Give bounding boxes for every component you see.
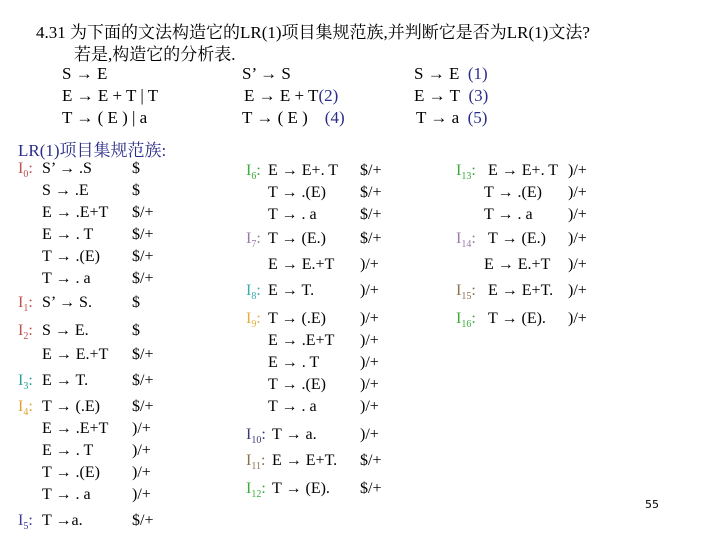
lookahead: $/+	[132, 396, 153, 418]
lookahead: $/+	[360, 160, 381, 182]
lookahead: )/+	[132, 484, 151, 506]
lookahead: )/+	[360, 254, 379, 276]
lr-item-production: T → (E.)	[268, 228, 326, 250]
lr-item-production: T → (.E)	[42, 396, 100, 418]
lr-item-production: E → .E+T	[42, 418, 108, 440]
grammar-original-2: E → E + T | T	[62, 86, 158, 106]
lookahead: )/+	[568, 308, 587, 330]
lr-item-production: S’ → .S	[42, 158, 92, 180]
item-set-label: I13:	[456, 160, 476, 188]
lr-item-production: E → .E+T	[42, 202, 108, 224]
lookahead: )/+	[568, 204, 587, 226]
item-set-label: I6:	[246, 160, 261, 188]
lr-item-production: E → . T	[268, 352, 319, 374]
lr-item-production: T → .(E)	[268, 182, 326, 204]
page-number: 55	[645, 498, 659, 511]
lookahead: )/+	[360, 352, 379, 374]
grammar-numbered-1: S → E (1)	[414, 64, 488, 84]
lookahead: $/+	[132, 224, 153, 246]
production-number: (4)	[325, 108, 345, 127]
lr-item-production: E → E+. T	[488, 160, 558, 182]
lr-item-production: E → E.+T	[268, 254, 334, 276]
lr-item-production: T →a.	[42, 510, 83, 532]
lookahead: )/+	[568, 228, 587, 250]
lr-item-production: T → .(E)	[42, 462, 100, 484]
lookahead: )/+	[360, 374, 379, 396]
lr-item-production: E → E+. T	[268, 160, 338, 182]
lr-item-production: E → .E+T	[268, 330, 334, 352]
lr-item-production: T → . a	[42, 484, 91, 506]
lookahead: )/+	[568, 182, 587, 204]
lookahead: )/+	[132, 462, 151, 484]
grammar-numbered-3: T → a (5)	[416, 108, 487, 128]
lr-item-production: E → E+T.	[488, 280, 553, 302]
lookahead: )/+	[360, 424, 379, 446]
item-set-label: I4:	[18, 396, 33, 424]
grammar-augmented-3: T → ( E ) (4)	[242, 108, 345, 128]
lookahead: )/+	[132, 440, 151, 462]
production-number: (2)	[318, 86, 338, 105]
lookahead: )/+	[360, 330, 379, 352]
lookahead: $/+	[132, 246, 153, 268]
grammar-augmented-1: S’ → S	[242, 64, 291, 84]
grammar-original-3: T → ( E ) | a	[62, 108, 147, 128]
lookahead: $/+	[360, 450, 381, 472]
lookahead: $/+	[132, 202, 153, 224]
lr-item-production: E → T.	[42, 370, 88, 392]
grammar-augmented-2: E → E + T(2)	[244, 86, 338, 106]
lr-item-production: T → .(E)	[268, 374, 326, 396]
item-set-label: I0:	[18, 158, 33, 186]
lookahead: )/+	[132, 418, 151, 440]
item-set-label: I1:	[18, 292, 33, 320]
item-set-label: I16:	[456, 308, 476, 336]
item-set-label: I11:	[246, 450, 265, 478]
lr-item-production: T → (.E)	[268, 308, 326, 330]
lr-item-production: E → T.	[268, 280, 314, 302]
item-set-label: I14:	[456, 228, 476, 256]
item-set-label: I7:	[246, 228, 261, 256]
lr-item-production: T → (E).	[488, 308, 546, 330]
item-set-label: I15:	[456, 280, 476, 308]
lookahead: )/+	[568, 160, 587, 182]
lookahead: $	[132, 180, 140, 202]
lookahead: $/+	[360, 228, 381, 250]
lr-item-production: S → E.	[42, 320, 89, 342]
lr-item-production: E → . T	[42, 224, 93, 246]
lr-item-production: T → a.	[272, 424, 317, 446]
lookahead: )/+	[568, 280, 587, 302]
lr-item-production: T → .(E)	[484, 182, 542, 204]
lr-item-production: S’ → S.	[42, 292, 92, 314]
lookahead: )/+	[360, 280, 379, 302]
problem-title-line2: 若是,构造它的分析表.	[74, 40, 236, 65]
grammar-numbered-2: E → T (3)	[414, 86, 488, 106]
lookahead: $/+	[360, 182, 381, 204]
item-set-label: I2:	[18, 320, 33, 348]
item-set-label: I9:	[246, 308, 261, 336]
lr-item-production: T → . a	[42, 268, 91, 290]
lr-item-production: T → . a	[268, 204, 317, 226]
lr-item-production: E → E+T.	[272, 450, 337, 472]
lookahead: $	[132, 158, 140, 180]
lr-item-production: E → E.+T	[42, 344, 108, 366]
lookahead: $	[132, 320, 140, 342]
item-set-label: I3:	[18, 370, 33, 398]
item-set-label: I12:	[246, 478, 266, 506]
grammar-original-1: S → E	[62, 64, 107, 84]
lr-item-production: T → . a	[268, 396, 317, 418]
lr-item-production: T → .(E)	[42, 246, 100, 268]
lookahead: $/+	[132, 268, 153, 290]
lr-item-production: T → (E.)	[488, 228, 546, 250]
section-header: LR(1)项目集规范族:	[18, 136, 166, 161]
lookahead: $/+	[132, 344, 153, 366]
lookahead: )/+	[360, 308, 379, 330]
lookahead: $/+	[360, 204, 381, 226]
lr-item-production: T → . a	[484, 204, 533, 226]
item-set-label: I8:	[246, 280, 261, 308]
lookahead: $/+	[132, 510, 153, 532]
lr-item-production: S → .E	[42, 180, 89, 202]
lookahead: $/+	[132, 370, 153, 392]
lr-item-production: E → E.+T	[484, 254, 550, 276]
lookahead: $/+	[360, 478, 381, 500]
lr-item-production: T → (E).	[272, 478, 330, 500]
item-set-label: I5:	[18, 510, 33, 538]
lookahead: )/+	[568, 254, 587, 276]
item-set-label: I10:	[246, 424, 266, 452]
lr-item-production: E → . T	[42, 440, 93, 462]
lookahead: $	[132, 292, 140, 314]
lookahead: )/+	[360, 396, 379, 418]
